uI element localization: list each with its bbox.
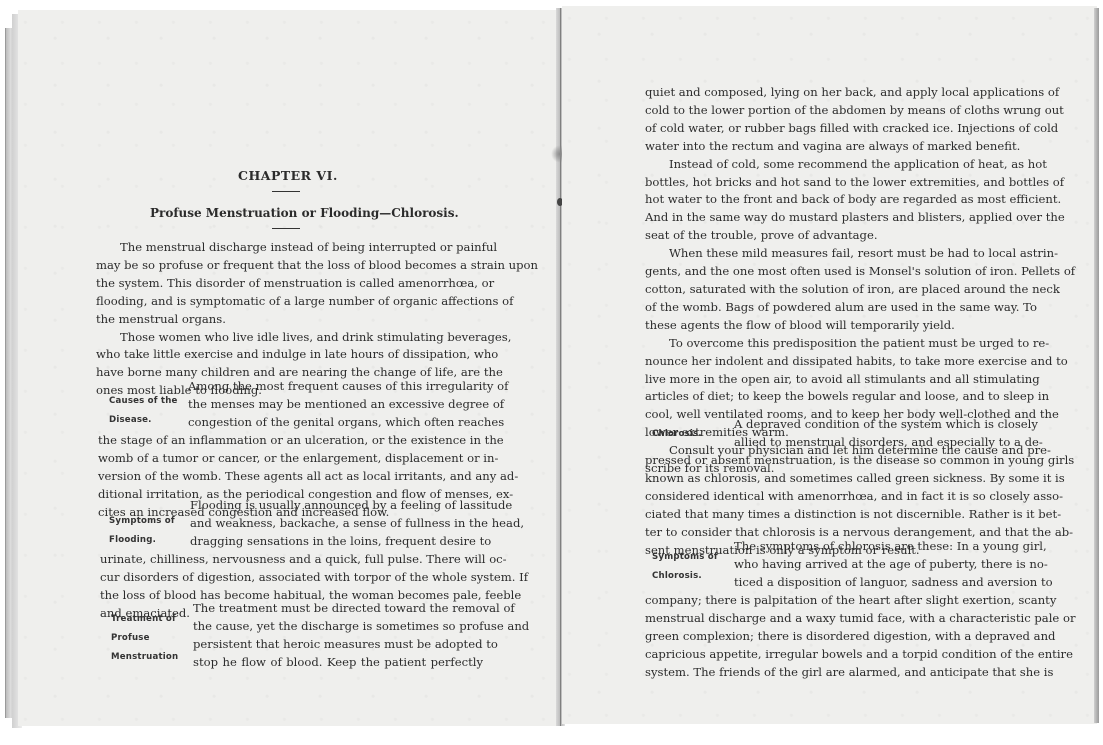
side-label-line: Symptoms of	[109, 512, 175, 531]
text-line: company; there is palpitation of the hea…	[645, 592, 1028, 610]
text-line: Flooding is usually announced by a feeli…	[190, 497, 483, 515]
text-line: Those women who live idle lives, and dri…	[96, 329, 483, 347]
right-page-edge	[1094, 8, 1099, 723]
side-label-line: Chlorosis.	[652, 425, 702, 444]
marginal-heading-causes: Causes of the Disease.	[109, 392, 178, 430]
text-line: quiet and composed, lying on her back, a…	[645, 84, 1028, 102]
text-line: allied to menstrual disorders, and espec…	[734, 434, 1028, 452]
text-line: Instead of cold, some recommend the appl…	[645, 156, 1028, 174]
symptoms-chlorosis-paragraph: company; there is palpitation of the hea…	[645, 592, 1028, 682]
text-line: seat of the trouble, prove of advantage.	[645, 227, 1028, 245]
side-label-line: Profuse	[111, 629, 178, 648]
text-line: known as chlorosis, and sometimes called…	[645, 470, 1028, 488]
text-line: dragging sensations in the loins, freque…	[190, 533, 483, 551]
text-line: Among the most frequent causes of this i…	[188, 378, 483, 396]
text-line: the cause, yet the discharge is sometime…	[193, 618, 483, 636]
chlorosis-paragraph-inset: A depraved condition of the system which…	[734, 416, 1028, 452]
marginal-heading-treatment: Treatment of Profuse Menstruation	[111, 610, 178, 667]
text-line: The menstrual discharge instead of being…	[96, 239, 483, 257]
text-line: considered identical with amenorrhœa, an…	[645, 488, 1028, 506]
chapter-title: Profuse Menstruation or Flooding—Chloros…	[150, 206, 459, 220]
text-line: pressed or absent menstruation, is the d…	[645, 452, 1028, 470]
text-line: green complexion; there is disordered di…	[645, 628, 1028, 646]
causes-paragraph-inset: Among the most frequent causes of this i…	[188, 378, 483, 432]
text-line: gents, and the one most often used is Mo…	[645, 263, 1028, 281]
text-line: A depraved condition of the system which…	[734, 416, 1028, 434]
text-line: The treatment must be directed toward th…	[193, 600, 483, 618]
text-line: who take little exercise and indulge in …	[96, 346, 483, 364]
chapter-heading: CHAPTER VI.	[238, 168, 338, 183]
text-line: who having arrived at the age of puberty…	[734, 556, 1028, 574]
side-label-line: Flooding.	[109, 531, 175, 550]
text-line: articles of diet; to keep the bowels reg…	[645, 388, 1028, 406]
text-line: cold to the lower portion of the abdomen…	[645, 102, 1028, 120]
text-line: bottles, hot bricks and hot sand to the …	[645, 174, 1028, 192]
text-line: the system. This disorder of menstruatio…	[96, 275, 483, 293]
symptoms-paragraph-inset: Flooding is usually announced by a feeli…	[190, 497, 483, 551]
text-line: ciated that many times a distinction is …	[645, 506, 1028, 524]
text-line: these agents the flow of blood will temp…	[645, 317, 1028, 335]
text-line: To overcome this predisposition the pati…	[645, 335, 1028, 353]
text-line: water into the rectum and vagina are alw…	[645, 138, 1028, 156]
text-line: capricious appetite, irregular bowels an…	[645, 646, 1028, 664]
intro-paragraphs: The menstrual discharge instead of being…	[96, 239, 483, 400]
text-line: womb of a tumor or cancer, or the enlarg…	[98, 450, 483, 468]
text-line: cur disorders of digestion, associated w…	[100, 569, 483, 587]
text-line: urinate, chilliness, nervousness and a q…	[100, 551, 483, 569]
text-line: nounce her indolent and dissipated habit…	[645, 353, 1028, 371]
symptoms-chlorosis-paragraph-inset: The symptoms of chlorosis are these: In …	[734, 538, 1028, 592]
side-label-line: Chlorosis.	[652, 567, 718, 586]
text-line: congestion of the genital organs, which …	[188, 414, 483, 432]
divider	[272, 191, 300, 192]
marginal-heading-symptoms-chlorosis: Symptoms of Chlorosis.	[652, 548, 718, 586]
divider	[272, 228, 300, 229]
text-line: version of the womb. These agents all ac…	[98, 468, 483, 486]
text-line: cotton, saturated with the solution of i…	[645, 281, 1028, 299]
text-line: the menstrual organs.	[96, 311, 483, 329]
text-line: and weakness, backache, a sense of fulln…	[190, 515, 483, 533]
text-line: And in the same way do mustard plasters …	[645, 209, 1028, 227]
side-label-line: Symptoms of	[652, 548, 718, 567]
text-line: the stage of an inflammation or an ulcer…	[98, 432, 483, 450]
text-line: system. The friends of the girl are alar…	[645, 664, 1028, 682]
text-line: persistent that heroic measures must be …	[193, 636, 483, 654]
text-line: of cold water, or rubber bags filled wit…	[645, 120, 1028, 138]
text-line: menstrual discharge and a waxy tumid fac…	[645, 610, 1028, 628]
text-line: of the womb. Bags of powdered alum are u…	[645, 299, 1028, 317]
text-line: When these mild measures fail, resort mu…	[645, 245, 1028, 263]
text-line: ticed a disposition of languor, sadness …	[734, 574, 1028, 592]
text-line: The symptoms of chlorosis are these: In …	[734, 538, 1028, 556]
text-line: hot water to the front and back of body …	[645, 191, 1028, 209]
marginal-heading-symptoms-flooding: Symptoms of Flooding.	[109, 512, 175, 550]
text-line: the menses may be mentioned an excessive…	[188, 396, 483, 414]
text-line: stop he flow of blood. Keep the patient …	[193, 654, 483, 672]
side-label-line: Causes of the	[109, 392, 178, 411]
marginal-heading-chlorosis: Chlorosis.	[652, 425, 702, 444]
text-line: flooding, and is symptomatic of a large …	[96, 293, 483, 311]
treatment-paragraph: The treatment must be directed toward th…	[193, 600, 483, 672]
side-label-line: Menstruation	[111, 648, 178, 667]
side-label-line: Treatment of	[111, 610, 178, 629]
text-line: live more in the open air, to avoid all …	[645, 371, 1028, 389]
text-line: may be so profuse or frequent that the l…	[96, 257, 483, 275]
side-label-line: Disease.	[109, 411, 178, 430]
